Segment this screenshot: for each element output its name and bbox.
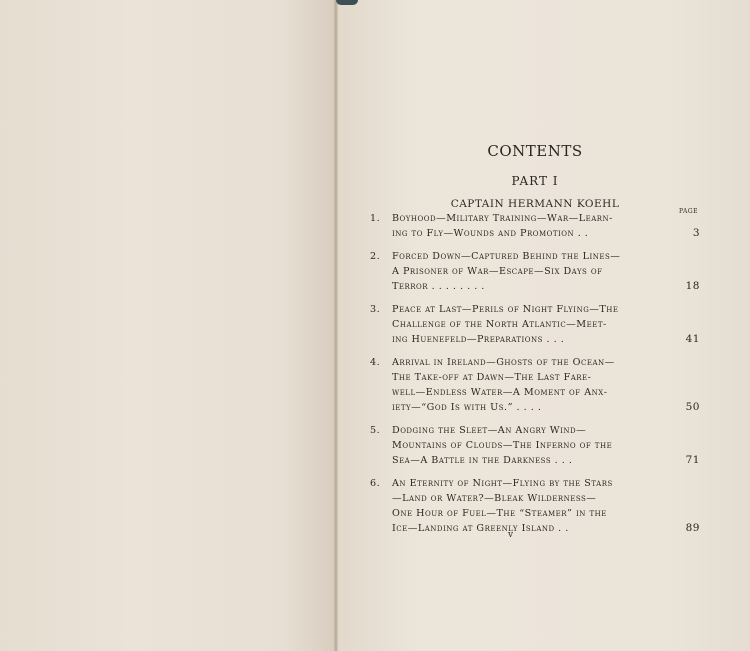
entry-number: 3. xyxy=(370,302,392,347)
entry-line: The Take-off at Dawn—The Last Fare- xyxy=(392,370,647,385)
toc-entry: 6. An Eternity of Night—Flying by the St… xyxy=(370,476,700,536)
entry-page: 3 xyxy=(647,226,700,241)
entry-number: 6. xyxy=(370,476,392,536)
entry-line: ing to Fly—Wounds and Promotion . . xyxy=(392,226,647,241)
entry-number: 4. xyxy=(370,355,392,415)
entry-line: A Prisoner of War—Escape—Six Days of xyxy=(392,264,647,279)
entry-line: —Land or Water?—Bleak Wilderness— xyxy=(392,491,647,506)
entry-page: 41 xyxy=(647,332,700,347)
entry-line: Dodging the Sleet—An Angry Wind— xyxy=(392,423,647,438)
entry-line: Arrival in Ireland—Ghosts of the Ocean— xyxy=(392,355,647,370)
entry-line: Boyhood—Military Training—War—Learn- xyxy=(392,211,647,226)
entry-line: Ice—Landing at Greenly Island . . xyxy=(392,521,647,536)
toc-entry: 4. Arrival in Ireland—Ghosts of the Ocea… xyxy=(370,355,700,415)
entry-number: 5. xyxy=(370,423,392,468)
toc-entry: 2. Forced Down—Captured Behind the Lines… xyxy=(370,249,700,294)
part-heading: PART I xyxy=(370,174,700,188)
entry-line: An Eternity of Night—Flying by the Stars xyxy=(392,476,647,491)
entry-line: Mountains of Clouds—The Inferno of the xyxy=(392,438,647,453)
entry-page: 89 xyxy=(647,521,700,536)
entry-text: Dodging the Sleet—An Angry Wind— Mountai… xyxy=(392,423,647,468)
bookmark-tab xyxy=(336,0,358,5)
entry-text: Peace at Last—Perils of Night Flying—The… xyxy=(392,302,647,347)
entry-line: Peace at Last—Perils of Night Flying—The xyxy=(392,302,647,317)
entry-text: Arrival in Ireland—Ghosts of the Ocean— … xyxy=(392,355,647,415)
entry-line: Challenge of the North Atlantic—Meet- xyxy=(392,317,647,332)
contents-heading: CONTENTS xyxy=(370,142,700,160)
table-of-contents: CONTENTS PART I CAPTAIN HERMANN KOEHL PA… xyxy=(370,142,700,544)
entry-number: 1. xyxy=(370,211,392,241)
entry-line: One Hour of Fuel—The “Steamer” in the xyxy=(392,506,647,521)
entry-line: Sea—A Battle in the Darkness . . . xyxy=(392,453,647,468)
entry-page: 50 xyxy=(647,400,700,415)
toc-entry: 5. Dodging the Sleet—An Angry Wind— Moun… xyxy=(370,423,700,468)
entry-number: 2. xyxy=(370,249,392,294)
entry-page: 71 xyxy=(647,453,700,468)
entry-line: iety—“God Is with Us.” . . . . xyxy=(392,400,647,415)
entry-text: An Eternity of Night—Flying by the Stars… xyxy=(392,476,647,536)
entry-line: Forced Down—Captured Behind the Lines— xyxy=(392,249,647,264)
page-folio: v xyxy=(508,530,513,540)
entry-text: Boyhood—Military Training—War—Learn- ing… xyxy=(392,211,647,241)
toc-entry: 3. Peace at Last—Perils of Night Flying—… xyxy=(370,302,700,347)
toc-entry: 1. Boyhood—Military Training—War—Learn- … xyxy=(370,211,700,241)
left-page-blank xyxy=(0,0,334,651)
entry-line: well—Endless Water—A Moment of Anx- xyxy=(392,385,647,400)
entry-page: 18 xyxy=(647,279,700,294)
entry-line: Terror . . . . . . . . xyxy=(392,279,647,294)
entry-text: Forced Down—Captured Behind the Lines— A… xyxy=(392,249,647,294)
entry-line: ing Huenefeld—Preparations . . . xyxy=(392,332,647,347)
